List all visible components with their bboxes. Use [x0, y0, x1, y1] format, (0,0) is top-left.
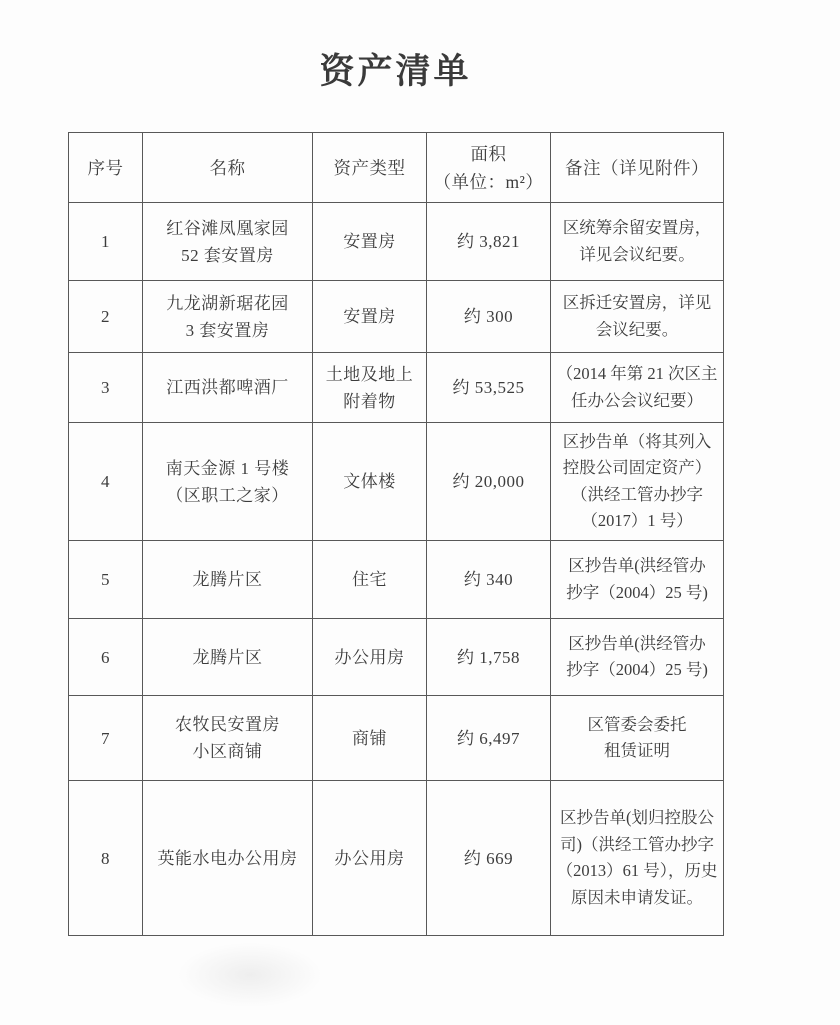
- cell-name: 红谷滩凤凰家园 52 套安置房: [143, 203, 313, 281]
- column-header-remarks: 备注（详见附件）: [551, 133, 724, 203]
- cell-name: 江西洪都啤酒厂: [143, 353, 313, 423]
- cell-asset-type: 办公用房: [313, 619, 427, 696]
- cell-area: 约 340: [427, 541, 551, 619]
- column-header-area: 面积 （单位：m²）: [427, 133, 551, 203]
- cell-note: 区抄告单（将其列入 控股公司固定资产） （洪经工管办抄字 （2017）1 号）: [551, 423, 724, 541]
- cell-index: 4: [69, 423, 143, 541]
- page-title: 资产清单: [68, 52, 723, 92]
- column-header-name: 名称: [143, 133, 313, 203]
- cell-index: 2: [69, 281, 143, 353]
- cell-index: 3: [69, 353, 143, 423]
- table-row: 8 英能水电办公用房 办公用房 约 669 区抄告单(划归控股公 司)（洪经工管…: [69, 781, 724, 936]
- table-row: 7 农牧民安置房 小区商铺 商铺 约 6,497 区管委会委托 租赁证明: [69, 696, 724, 781]
- cell-name: 英能水电办公用房: [143, 781, 313, 936]
- cell-index: 6: [69, 619, 143, 696]
- table-row: 6 龙腾片区 办公用房 约 1,758 区抄告单(洪经管办 抄字（2004）25…: [69, 619, 724, 696]
- cell-area: 约 53,525: [427, 353, 551, 423]
- cell-index: 7: [69, 696, 143, 781]
- cell-note: （2014 年第 21 次区主 任办公会议纪要）: [551, 353, 724, 423]
- cell-index: 8: [69, 781, 143, 936]
- table-row: 4 南天金源 1 号楼 （区职工之家） 文体楼 约 20,000 区抄告单（将其…: [69, 423, 724, 541]
- cell-asset-type: 办公用房: [313, 781, 427, 936]
- cell-name: 农牧民安置房 小区商铺: [143, 696, 313, 781]
- cell-area: 约 1,758: [427, 619, 551, 696]
- cell-asset-type: 安置房: [313, 203, 427, 281]
- cell-asset-type: 土地及地上 附着物: [313, 353, 427, 423]
- scan-artifact-smudge: [150, 930, 350, 1020]
- asset-list-table: 序号 名称 资产类型 面积 （单位：m²） 备注（详见附件） 1 红谷滩凤凰家园…: [68, 132, 724, 936]
- cell-asset-type: 文体楼: [313, 423, 427, 541]
- cell-name: 龙腾片区: [143, 541, 313, 619]
- cell-index: 1: [69, 203, 143, 281]
- cell-note: 区抄告单(洪经管办 抄字（2004）25 号): [551, 619, 724, 696]
- cell-name: 南天金源 1 号楼 （区职工之家）: [143, 423, 313, 541]
- cell-area: 约 3,821: [427, 203, 551, 281]
- cell-note: 区统筹余留安置房， 详见会议纪要。: [551, 203, 724, 281]
- cell-area: 约 669: [427, 781, 551, 936]
- cell-note: 区管委会委托 租赁证明: [551, 696, 724, 781]
- table-header-row: 序号 名称 资产类型 面积 （单位：m²） 备注（详见附件）: [69, 133, 724, 203]
- table-row: 3 江西洪都啤酒厂 土地及地上 附着物 约 53,525 （2014 年第 21…: [69, 353, 724, 423]
- cell-index: 5: [69, 541, 143, 619]
- cell-note: 区抄告单(洪经管办 抄字（2004）25 号): [551, 541, 724, 619]
- cell-name: 龙腾片区: [143, 619, 313, 696]
- column-header-index: 序号: [69, 133, 143, 203]
- table-row: 1 红谷滩凤凰家园 52 套安置房 安置房 约 3,821 区统筹余留安置房， …: [69, 203, 724, 281]
- cell-asset-type: 商铺: [313, 696, 427, 781]
- cell-area: 约 20,000: [427, 423, 551, 541]
- cell-note: 区抄告单(划归控股公 司)（洪经工管办抄字 （2013）61 号），历史 原因未…: [551, 781, 724, 936]
- cell-area: 约 6,497: [427, 696, 551, 781]
- cell-name: 九龙湖新琚花园 3 套安置房: [143, 281, 313, 353]
- cell-asset-type: 安置房: [313, 281, 427, 353]
- cell-asset-type: 住宅: [313, 541, 427, 619]
- table-row: 5 龙腾片区 住宅 约 340 区抄告单(洪经管办 抄字（2004）25 号): [69, 541, 724, 619]
- cell-note: 区拆迁安置房，详见 会议纪要。: [551, 281, 724, 353]
- scanned-document-page: 资产清单 序号 名称 资产类型 面积 （单位：m²） 备注（详见附件） 1 红谷…: [0, 0, 840, 1025]
- table-row: 2 九龙湖新琚花园 3 套安置房 安置房 约 300 区拆迁安置房，详见 会议纪…: [69, 281, 724, 353]
- cell-area: 约 300: [427, 281, 551, 353]
- column-header-asset-type: 资产类型: [313, 133, 427, 203]
- document-sheet: 资产清单 序号 名称 资产类型 面积 （单位：m²） 备注（详见附件） 1 红谷…: [68, 52, 723, 936]
